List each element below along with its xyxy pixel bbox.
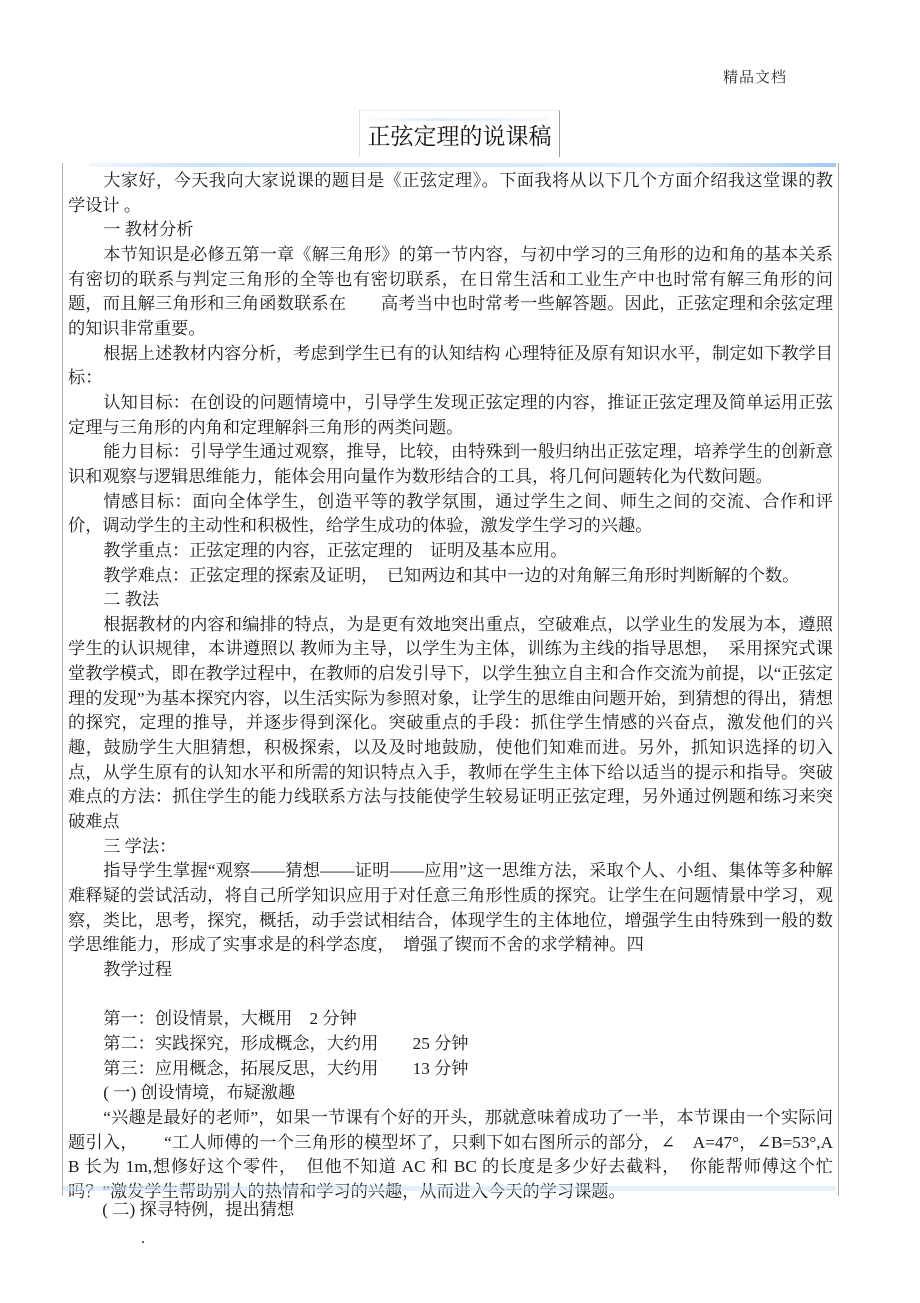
paragraph: 第二：实践探究，形成概念，大约用 25 分钟 [68,1032,833,1057]
paragraph: 第三：应用概念，拓展反思，大约用 13 分钟 [68,1057,833,1082]
title-frame: 正弦定理的说课稿 [359,110,560,157]
document-body: 大家好，今天我向大家说课的题目是《正弦定理》。下面我将从以下几个方面介绍我这堂课… [62,163,839,1196]
paragraph: 教学过程 [68,958,833,983]
paragraph: 能力目标：引导学生通过观察，推导，比较，由特殊到一般归纳出正弦定理，培养学生的创… [68,440,833,489]
paragraph: 根据上述教材内容分析，考虑到学生已有的认知结构 心理特征及原有知识水平，制定如下… [68,342,833,391]
stray-period-mark: . [141,1230,145,1248]
paragraph: 认知目标：在创设的问题情境中，引导学生发现正弦定理的内容，推证正弦定理及简单运用… [68,391,833,440]
page-title: 正弦定理的说课稿 [368,118,552,151]
paragraph: 二 教法 [68,588,833,613]
paragraph [68,983,833,1008]
paragraph: 指导学生掌握“观察——猜想——证明——应用”这一思维方法，采取个人、小组、集体等… [68,859,833,958]
selection-artifact [362,118,548,121]
paragraph: 本节知识是必修五第一章《解三角形》的第一节内容，与初中学习的三角形的边和角的基本… [68,243,833,342]
paragraph: 一 教材分析 [68,218,833,243]
paragraph: 教学难点：正弦定理的探索及证明， 已知两边和其中一边的对角解三角形时判断解的个数… [68,564,833,589]
paragraph: 大家好，今天我向大家说课的题目是《正弦定理》。下面我将从以下几个方面介绍我这堂课… [68,169,833,218]
watermark-label: 精品文档 [723,66,787,87]
paragraph: 教学重点：正弦定理的内容，正弦定理的 证明及基本应用。 [68,539,833,564]
paragraph: “兴趣是最好的老师”，如果一节课有个好的开头，那就意味着成功了一半，本节课由一个… [68,1106,833,1205]
paragraph: 三 学法： [68,835,833,860]
paragraph: 根据教材的内容和编排的特点，为是更有效地突出重点，空破难点，以学业生的发展为本，… [68,613,833,835]
paragraph: ( 二) 探寻特例，提出猜想 [67,1198,839,1223]
paragraph: 情感目标：面向全体学生，创造平等的教学氛围，通过学生之间、师生之间的交流、合作和… [68,490,833,539]
document-page: 精品文档 正弦定理的说课稿 大家好，今天我向大家说课的题目是《正弦定理》。下面我… [0,0,920,1303]
paragraph: 第一：创设情景，大概用 2 分钟 [68,1007,833,1032]
paragraph: ( 一) 创设情境，布疑激趣 [68,1081,833,1106]
